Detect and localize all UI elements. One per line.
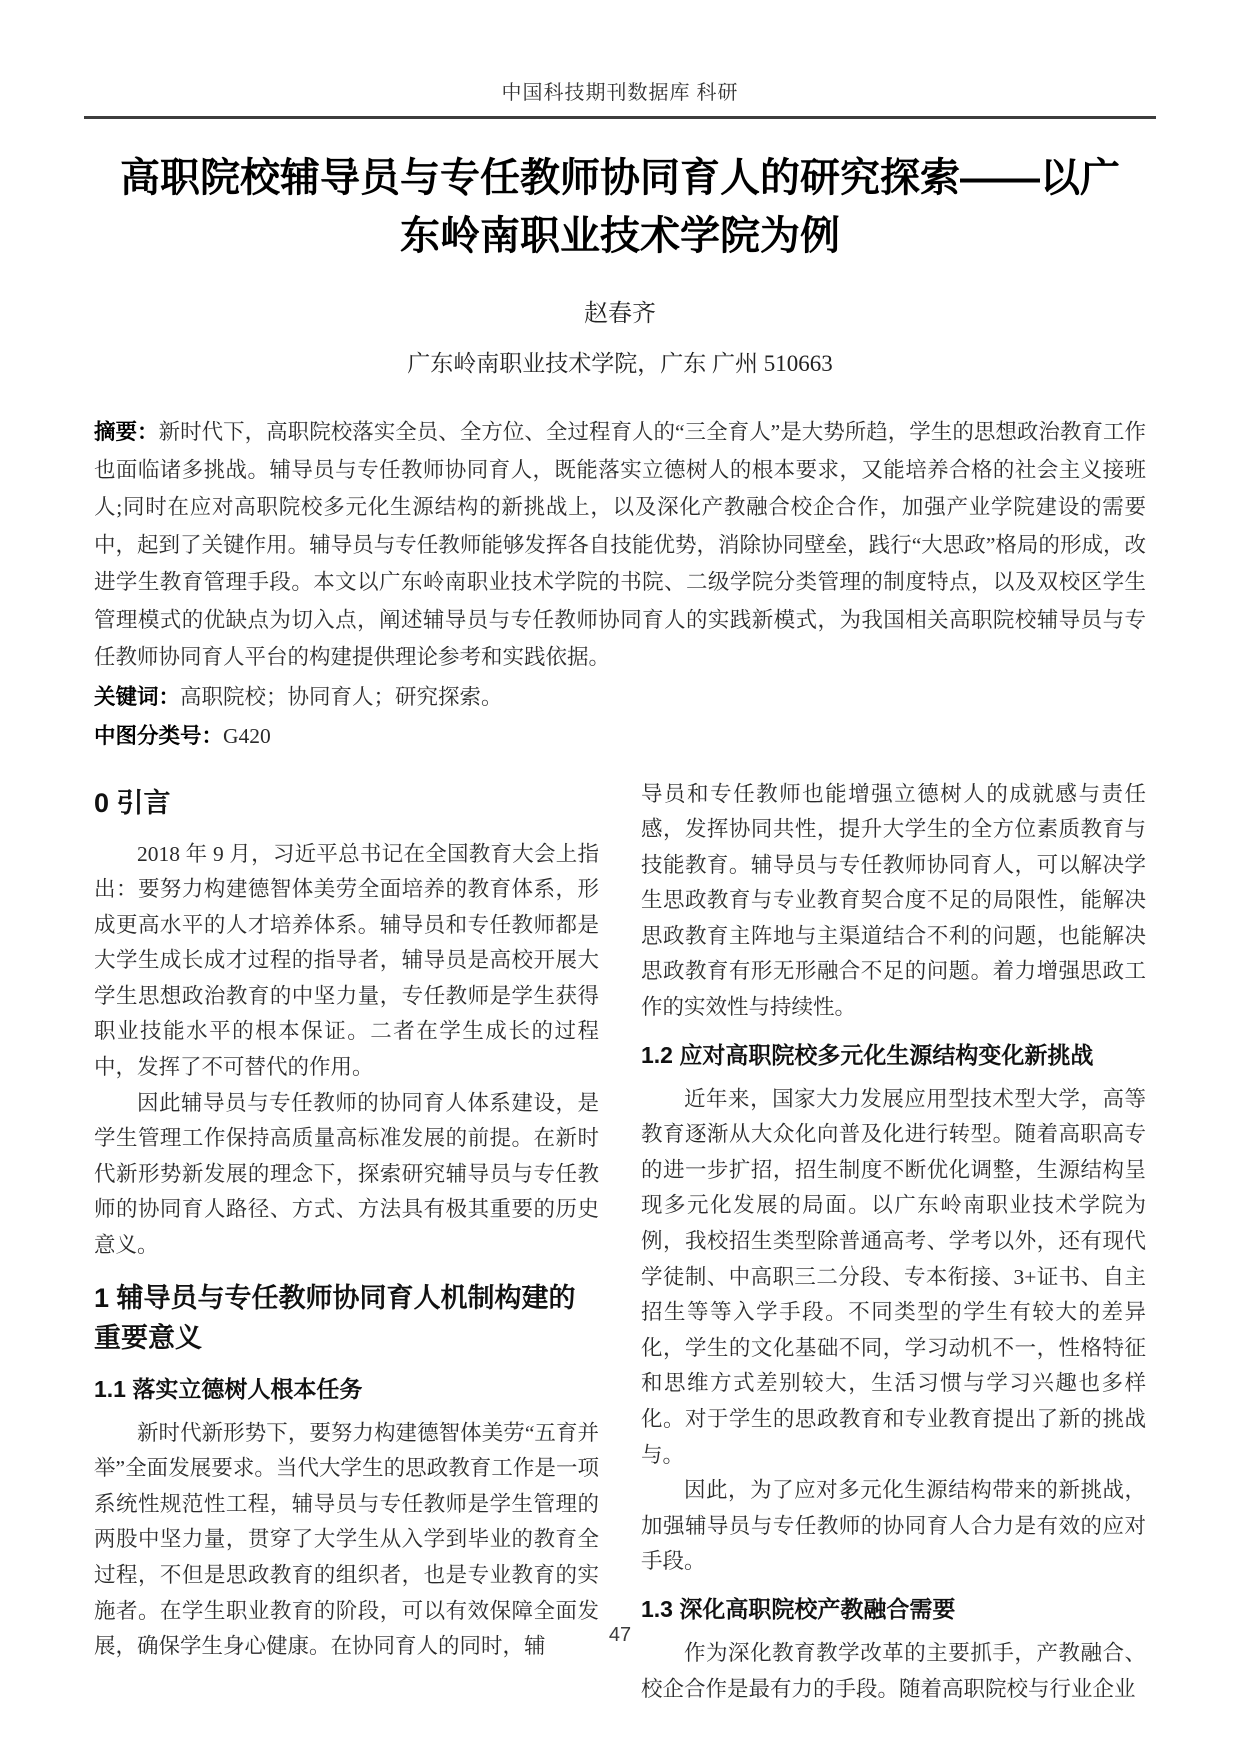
paper-page: 中国科技期刊数据库 科研 高职院校辅导员与专任教师协同育人的研究探索——以广东岭…: [0, 0, 1240, 1753]
section-1-2-paragraph-1: 近年来，国家大力发展应用型技术型大学，高等教育逐渐从大众化向普及化进行转型。随着…: [641, 1082, 1146, 1474]
subsection-heading-1-3: 1.3 深化高职院校产教融合需要: [641, 1592, 1146, 1626]
intro-paragraph-1: 2018 年 9 月，习近平总书记在全国教育大会上指出：要努力构建德智体美劳全面…: [94, 837, 599, 1086]
right-column: 导员和专任教师也能增强立德树人的成就感与责任感，发挥协同共性，提升大学生的全方位…: [641, 777, 1146, 1708]
keywords-label: 关键词：: [94, 685, 180, 709]
paper-title: 高职院校辅导员与专任教师协同育人的研究探索——以广东岭南职业技术学院为例: [118, 149, 1123, 265]
section-heading-0: 0 引言: [94, 783, 599, 823]
subsection-heading-1-1: 1.1 落实立德树人根本任务: [94, 1372, 599, 1406]
clc-label: 中图分类号：: [94, 724, 223, 748]
page-number: 47: [0, 1624, 1240, 1647]
clc-text: G420: [223, 724, 271, 748]
section-heading-1: 1 辅导员与专任教师协同育人机制构建的重要意义: [94, 1278, 599, 1358]
abstract-paragraph: 摘要：新时代下，高职院校落实全员、全方位、全过程育人的“三全育人”是大势所趋，学…: [94, 414, 1146, 677]
header-rule: [84, 116, 1156, 119]
clc-line: 中图分类号：G420: [94, 717, 1146, 755]
author-name: 赵春齐: [0, 293, 1240, 328]
subsection-heading-1-2: 1.2 应对高职院校多元化生源结构变化新挑战: [641, 1038, 1146, 1072]
front-matter: 摘要：新时代下，高职院校落实全员、全方位、全过程育人的“三全育人”是大势所趋，学…: [94, 414, 1146, 755]
section-1-1-paragraph-continued: 导员和专任教师也能增强立德树人的成就感与责任感，发挥协同共性，提升大学生的全方位…: [641, 777, 1146, 1026]
abstract-text: 新时代下，高职院校落实全员、全方位、全过程育人的“三全育人”是大势所趋，学生的思…: [94, 420, 1146, 669]
author-affiliation: 广东岭南职业技术学院，广东 广州 510663: [0, 345, 1240, 378]
section-1-2-paragraph-2: 因此，为了应对多元化生源结构带来的新挑战，加强辅导员与专任教师的协同育人合力是有…: [641, 1473, 1146, 1580]
body-columns: 0 引言 2018 年 9 月，习近平总书记在全国教育大会上指出：要努力构建德智…: [94, 777, 1146, 1708]
intro-paragraph-2: 因此辅导员与专任教师的协同育人体系建设，是学生管理工作保持高质量高标准发展的前提…: [94, 1086, 599, 1264]
keywords-line: 关键词：高职院校；协同育人；研究探索。: [94, 678, 1146, 716]
abstract-label: 摘要：: [94, 420, 159, 444]
left-column: 0 引言 2018 年 9 月，习近平总书记在全国教育大会上指出：要努力构建德智…: [94, 777, 599, 1708]
journal-header: 中国科技期刊数据库 科研: [0, 0, 1240, 105]
keywords-text: 高职院校；协同育人；研究探索。: [180, 685, 503, 709]
